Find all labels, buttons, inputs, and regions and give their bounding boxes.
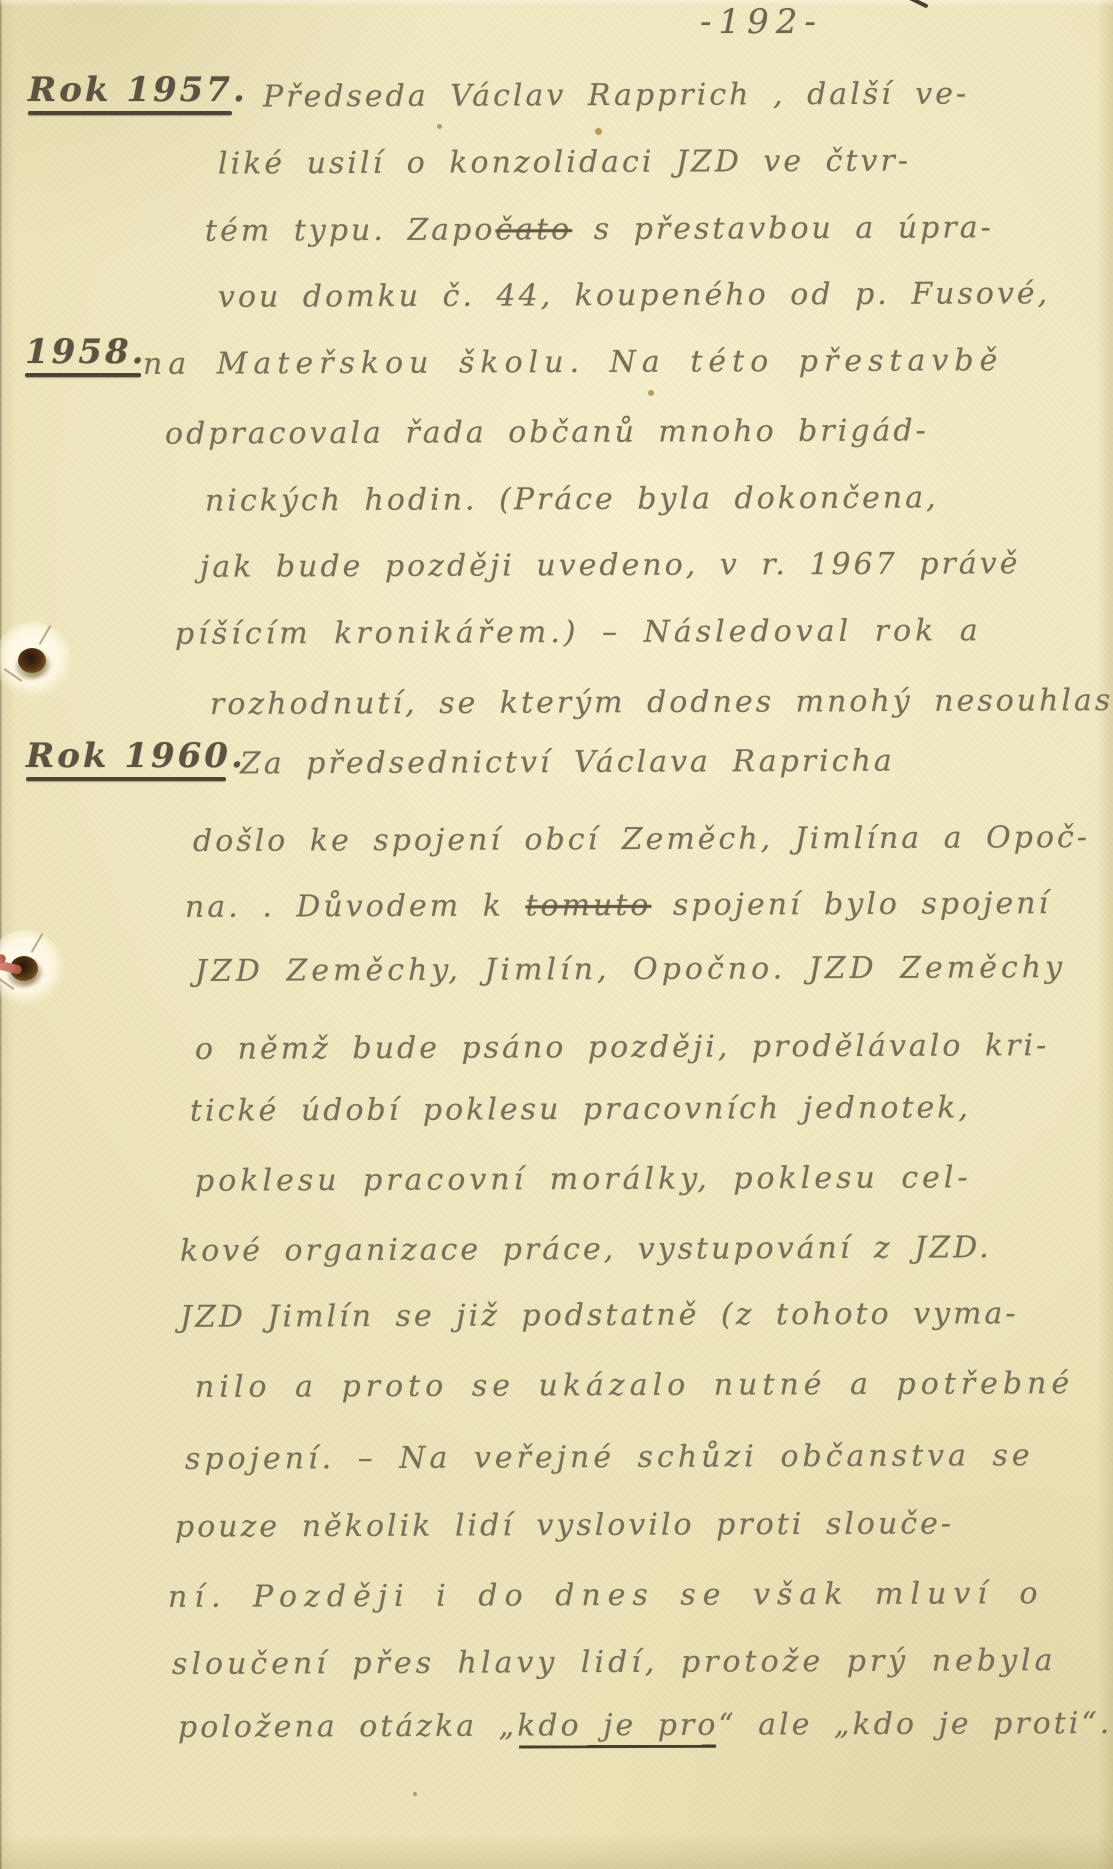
page-number: -192-: [700, 2, 823, 42]
punch-hole-core: [18, 648, 46, 673]
handwriting-line: pouze několik lidí vyslovilo proti slouč…: [175, 1506, 954, 1544]
margin-year-text: Rok 1960.: [26, 736, 246, 776]
handwriting-line: na Mateřskou školu. Na této přestavbě: [143, 343, 1003, 382]
handwriting-segment: “ ale „kdo je proti“.: [718, 1706, 1112, 1743]
handwriting-line: o němž bude psáno později, prodělávalo k…: [195, 1028, 1049, 1067]
handwriting-segment: Předseda Václav Rapprich , další ve-: [263, 76, 969, 114]
paper-tear: [39, 625, 52, 645]
handwriting-segment: sloučení přes hlavy lidí, protože prý ne…: [172, 1643, 1057, 1682]
handwriting-segment: Za předsednictví Václava Rapricha: [240, 744, 895, 782]
handwriting-segment: pouze několik lidí vyslovilo proti slouč…: [175, 1506, 954, 1544]
handwriting-line: sloučení přes hlavy lidí, protože prý ne…: [172, 1643, 1057, 1682]
handwriting-segment: ní. Později i do dnes se však mluví o: [168, 1576, 1045, 1615]
handwriting-segment: položena otázka „: [178, 1709, 517, 1745]
handwriting-line: nilo a proto se ukázalo nutné a potřebné: [195, 1366, 1074, 1405]
handwriting-line: kové organizace práce, vystupování z JZD…: [180, 1230, 992, 1269]
handwriting-segment: vou domku č. 44, koupeného od p. Fusové,: [218, 276, 1050, 315]
punch-hole-top: [0, 622, 72, 700]
handwriting-line: rozhodnutí, se kterým dodnes mnohý nesou…: [210, 683, 1113, 722]
age-speck: [437, 124, 442, 129]
handwriting-segment: JZD Zeměchy, Jimlín, Opočno. JZD Zeměchy: [195, 950, 1066, 989]
handwriting-segment: s přestavbou a úpra-: [572, 210, 994, 247]
handwriting-segment: spojení. – Na veřejné schůzi občanstva s…: [185, 1438, 1034, 1477]
handwriting-line: Předseda Václav Rapprich , další ve-: [263, 76, 969, 114]
handwriting-strike-segment: čato: [495, 212, 572, 247]
handwriting-segment: píšícím kronikářem.) – Následoval rok a: [175, 613, 982, 652]
punch-hole-bottom: [0, 930, 64, 1008]
handwriting-segment: spojení bylo spojení: [651, 886, 1051, 923]
handwriting-segment: poklesu pracovní morálky, poklesu cel-: [195, 1160, 972, 1198]
handwriting-segment: nilo a proto se ukázalo nutné a potřebné: [195, 1366, 1074, 1405]
handwriting-line: vou domku č. 44, koupeného od p. Fusové,: [218, 276, 1050, 315]
handwriting-line: ní. Později i do dnes se však mluví o: [168, 1576, 1045, 1615]
chronicle-page: -192- Rok 1957.1958.Rok 1960.Předseda Vá…: [0, 0, 1113, 1869]
paper-tear: [0, 976, 15, 990]
age-speck: [595, 128, 602, 135]
handwriting-line: na. . Důvodem k tomuto spojení bylo spoj…: [185, 886, 1051, 925]
paper-tear: [31, 933, 44, 953]
margin-year-text: 1958.: [25, 332, 146, 372]
age-speck: [648, 390, 654, 396]
age-speck: [413, 1792, 417, 1796]
handwriting-segment: o němž bude psáno později, prodělávalo k…: [195, 1028, 1049, 1067]
handwriting-line: odpracovala řada občanů mnoho brigád-: [165, 413, 929, 451]
year-underline-stroke: [26, 777, 226, 781]
handwriting-segment: jak bude později uvedeno, v r. 1967 práv…: [200, 546, 1021, 585]
margin-year-text: Rok 1957.: [28, 70, 248, 110]
handwriting-line: JZD Jimlín se již podstatně (z tohoto vy…: [180, 1296, 1019, 1335]
handwriting-segment: kové organizace práce, vystupování z JZD…: [180, 1230, 992, 1269]
handwriting-segment: odpracovala řada občanů mnoho brigád-: [165, 413, 929, 451]
margin-year-label: Rok 1957.: [28, 70, 248, 115]
paper-tear: [3, 668, 22, 682]
handwriting-line: nických hodin. (Práce byla dokončena,: [205, 480, 939, 518]
handwriting-strike-segment: tomuto: [525, 888, 651, 924]
handwriting-segment: nických hodin. (Práce byla dokončena,: [205, 480, 939, 518]
handwriting-segment: liké usilí o konzolidaci JZD ve čtvr-: [218, 143, 911, 181]
handwriting-line: JZD Zeměchy, Jimlín, Opočno. JZD Zeměchy: [195, 950, 1066, 989]
handwriting-line: Za předsednictví Václava Rapricha: [240, 744, 895, 782]
handwriting-segment: na. . Důvodem k: [185, 888, 526, 924]
handwriting-line: píšícím kronikářem.) – Následoval rok a: [175, 613, 982, 652]
handwriting-segment: tické údobí poklesu pracovních jednotek,: [190, 1090, 971, 1128]
handwriting-line: jak bude později uvedeno, v r. 1967 práv…: [200, 546, 1021, 585]
handwriting-line: položena otázka „kdo je pro“ ale „kdo je…: [178, 1706, 1112, 1745]
handwriting-line: poklesu pracovní morálky, poklesu cel-: [195, 1160, 972, 1198]
year-underline-stroke: [25, 373, 141, 377]
margin-year-label: 1958.: [25, 332, 146, 377]
handwriting-underline-segment: kdo je pro: [517, 1708, 718, 1746]
margin-year-label: Rok 1960.: [26, 736, 246, 781]
handwriting-line: tické údobí poklesu pracovních jednotek,: [190, 1090, 971, 1128]
handwriting-segment: došlo ke spojení obcí Zeměch, Jimlína a …: [193, 820, 1090, 859]
handwriting-line: došlo ke spojení obcí Zeměch, Jimlína a …: [193, 820, 1090, 859]
handwriting-line: liké usilí o konzolidaci JZD ve čtvr-: [218, 143, 911, 181]
handwriting-segment: JZD Jimlín se již podstatně (z tohoto vy…: [180, 1296, 1019, 1335]
handwriting-segment: rozhodnutí, se kterým dodnes mnohý nesou…: [210, 683, 1113, 722]
handwriting-line: spojení. – Na veřejné schůzi občanstva s…: [185, 1438, 1034, 1477]
handwriting-segment: na Mateřskou školu. Na této přestavbě: [143, 343, 1003, 382]
year-underline-stroke: [28, 111, 232, 115]
handwriting-line: tém typu. Započato s přestavbou a úpra-: [205, 210, 994, 248]
pen-mark-icon: [903, 0, 928, 8]
handwriting-segment: tém typu. Zapo: [205, 212, 496, 248]
